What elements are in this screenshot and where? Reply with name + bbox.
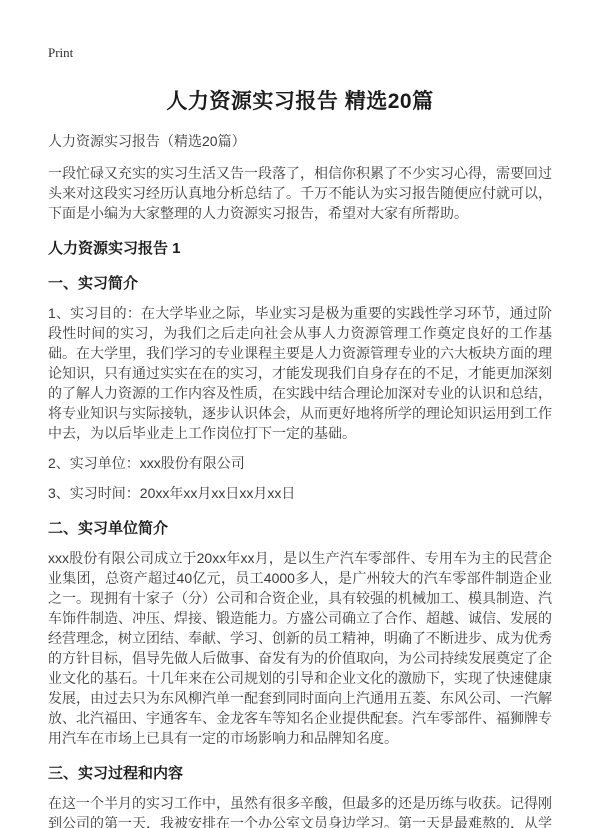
intro-paragraph: 一段忙碌又充实的实习生活又告一段落了，相信你积累了不少实习心得，需要回过头来对这…: [48, 163, 552, 223]
section-3-heading: 三、实习过程和内容: [48, 762, 552, 783]
report-1-heading: 人力资源实习报告 1: [48, 237, 552, 258]
paragraph-internship-process: 在这一个半月的实习工作中，虽然有很多辛酸，但最多的还是历练与收获。记得刚到公司的…: [48, 793, 552, 828]
paragraph-internship-time: 3、实习时间：20xx年xx月xx日xx月xx日: [48, 483, 552, 503]
page-title: 人力资源实习报告 精选20篇: [48, 85, 552, 115]
paragraph-company-profile: xxx股份有限公司成立于20xx年xx月，是以生产汽车零部件、专用车为主的民营企…: [48, 548, 552, 748]
section-1-heading: 一、实习简介: [48, 272, 552, 293]
paragraph-internship-unit: 2、实习单位：xxx股份有限公司: [48, 453, 552, 473]
page-subtitle: 人力资源实习报告（精选20篇）: [48, 131, 552, 151]
print-link[interactable]: Print: [48, 45, 73, 61]
paragraph-internship-purpose: 1、实习目的：在大学毕业之际，毕业实习是极为重要的实践性学习环节，通过阶段性时间…: [48, 303, 552, 443]
document-page: Print 人力资源实习报告 精选20篇 人力资源实习报告（精选20篇） 一段忙…: [0, 0, 600, 828]
section-2-heading: 二、实习单位简介: [48, 517, 552, 538]
